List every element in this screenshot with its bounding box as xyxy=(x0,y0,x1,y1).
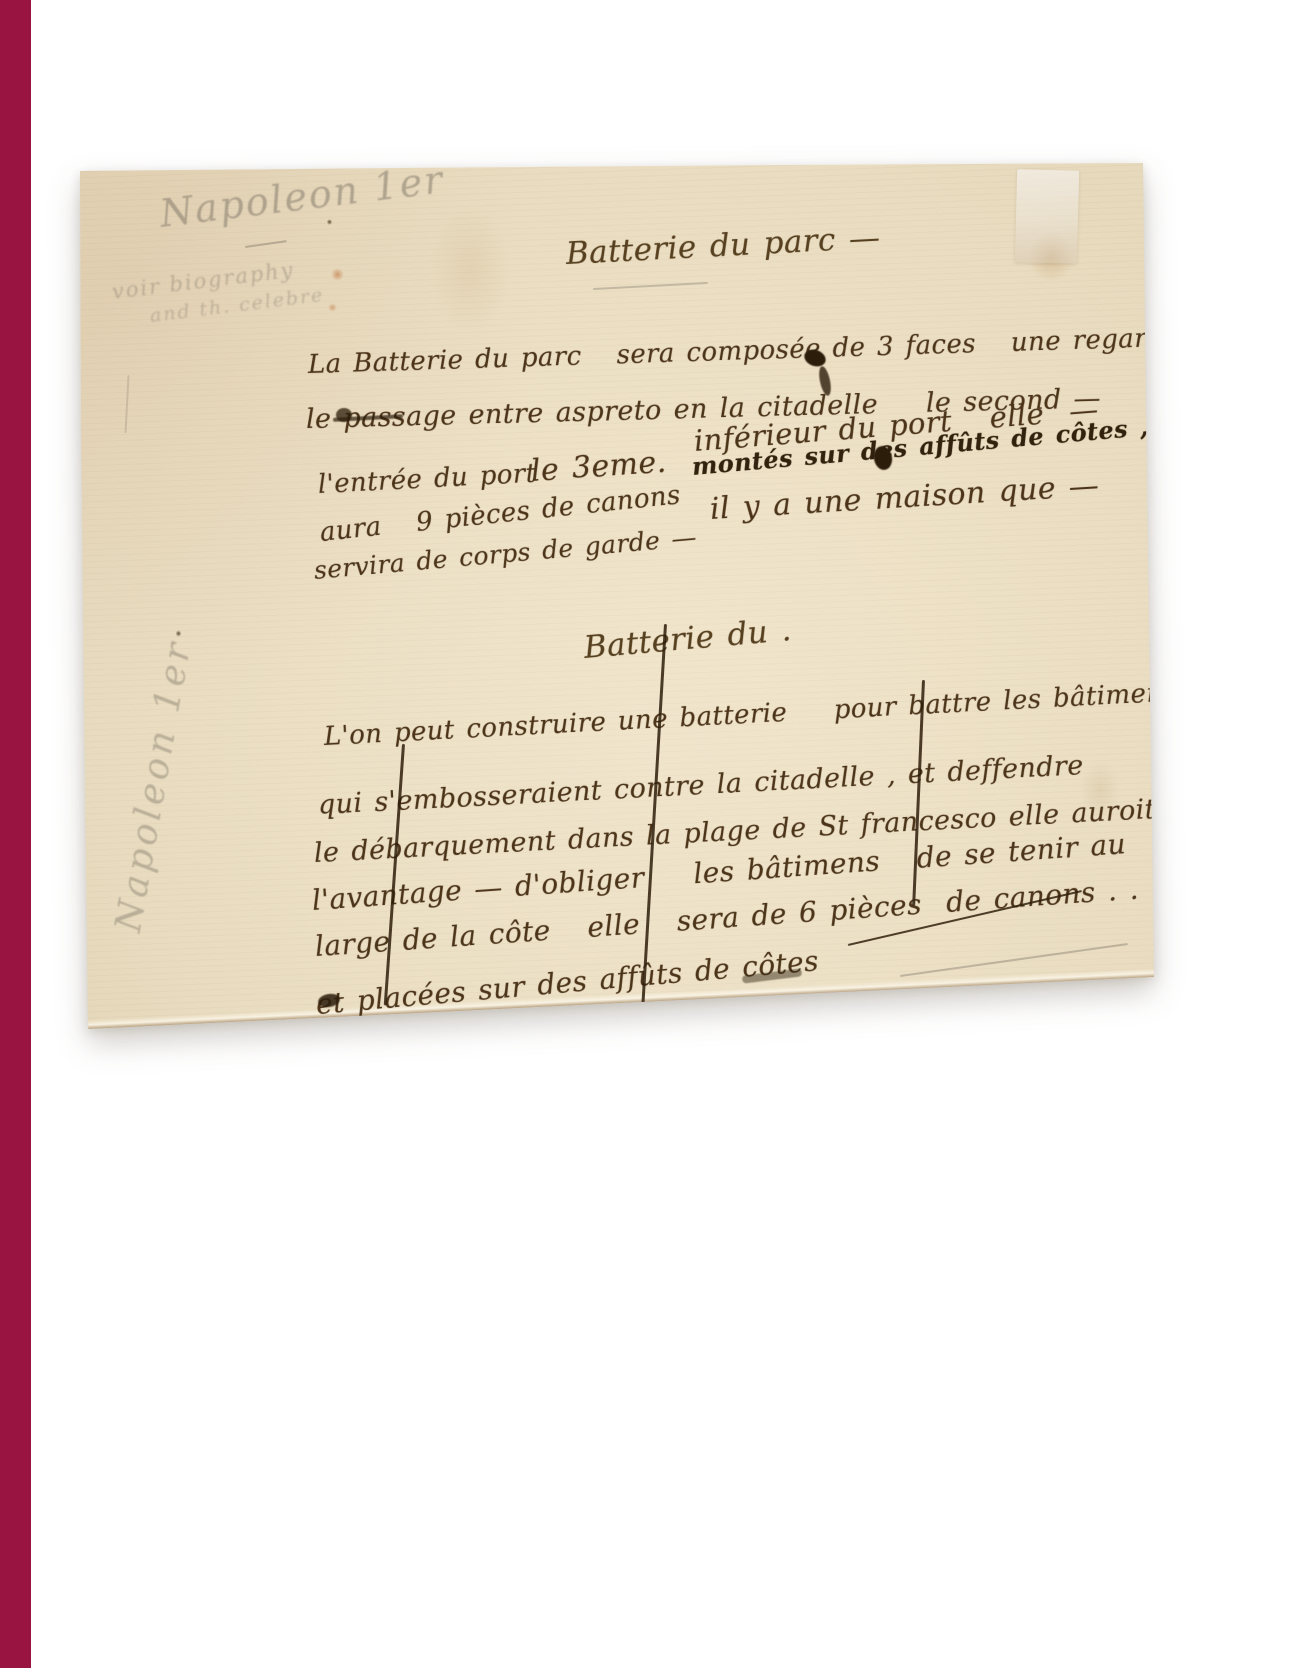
ink-line-p2-1: L'on peut construire une batterie pour b… xyxy=(323,677,1178,752)
pencil-note-napoleon: Napoleon 1er xyxy=(157,157,446,236)
pencil-underline-dash xyxy=(245,240,287,248)
manuscript-paper: Napoleon 1er voir biography and th. cele… xyxy=(0,0,1301,1672)
pencil-title-underline xyxy=(593,282,708,290)
ink-line-p1-3a: l'entrée du port xyxy=(317,459,537,500)
ink-fleck xyxy=(176,630,181,637)
scanned-page: Napoleon 1er voir biography and th. cele… xyxy=(0,0,1301,1672)
pencil-margin-mark xyxy=(124,375,129,433)
ink-fleck xyxy=(327,219,332,225)
ink-blot-passage xyxy=(336,408,352,422)
ink-line-p1-1: La Batterie du parc sera composée de 3 f… xyxy=(308,322,1209,380)
ink-line-p1-4b: il y a une maison que — xyxy=(709,468,1100,527)
stain-smudge xyxy=(430,205,510,335)
ink-heading-batterie-du-parc: Batterie du parc — xyxy=(565,220,881,272)
tape-residue xyxy=(1015,169,1079,264)
pencil-side-note-napoleon: Napoleon 1er xyxy=(108,636,200,935)
foxing-spot xyxy=(331,268,344,281)
ink-heading-batterie-du: Batterie du . xyxy=(582,612,793,666)
paper-sheet: Napoleon 1er voir biography and th. cele… xyxy=(0,0,1301,1672)
ink-vertical-stroke-3 xyxy=(384,744,405,1006)
foxing-spot xyxy=(328,303,337,312)
ink-line-p1-3b: le 3eme. xyxy=(530,445,668,489)
